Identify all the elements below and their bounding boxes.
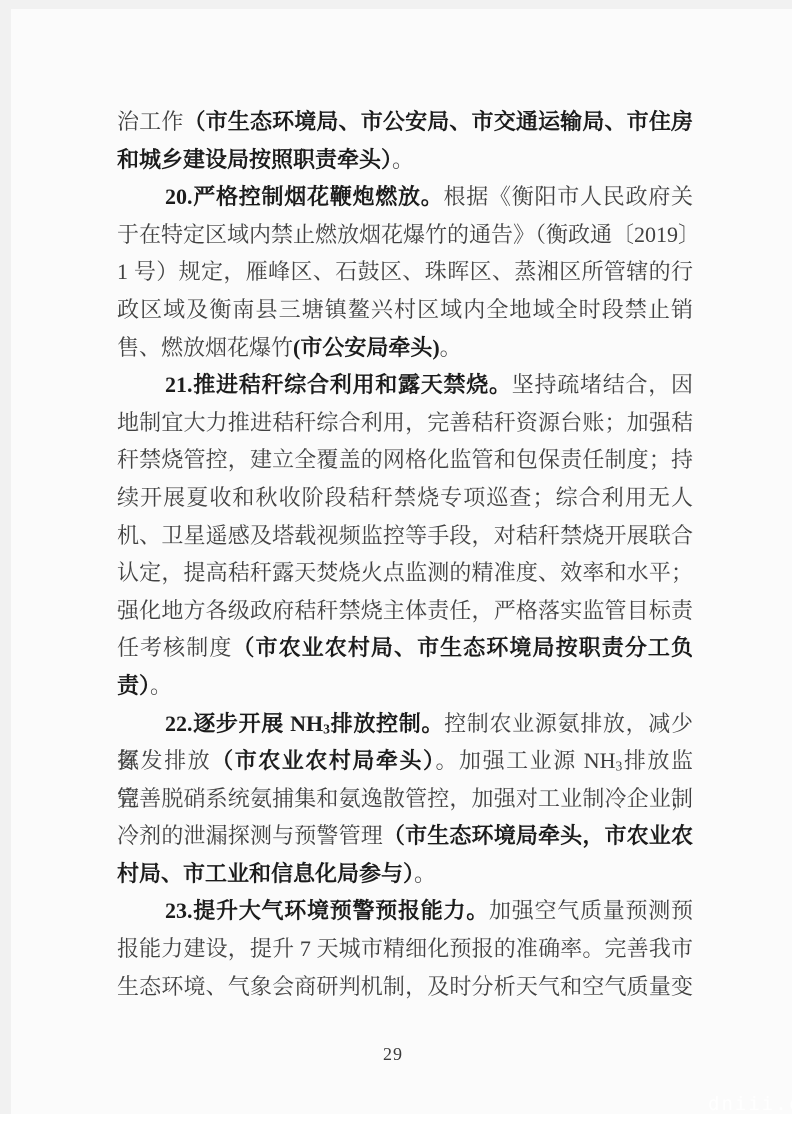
text-line: 机、卫星遥感及塔载视频监控等手段，对秸秆禁烧开展联合 <box>117 517 693 555</box>
text-line: 1 号）规定，雁峰区、石鼓区、珠晖区、蒸湘区所管辖的行 <box>117 253 693 291</box>
text-line: 于在特定区域内禁止燃放烟花爆竹的通告》（衡政通〔2019〕 <box>117 216 693 254</box>
text-segment: （市生态环境局、市公安局、市交通运输局、市住房 <box>183 109 693 134</box>
text-segment: 地制宜大力推进秸秆综合利用，完善秸秆资源台账；加强秸 <box>117 410 693 435</box>
text-line: 责）。 <box>117 667 693 705</box>
text-line: 21.推进秸秆综合利用和露天禁烧。坚持疏堵结合，因 <box>117 366 693 404</box>
text-segment: 售、燃放烟花爆竹 <box>117 335 293 360</box>
text-segment: 和城乡建设局按照职责牵头） <box>117 147 392 172</box>
text-segment: 责） <box>117 673 150 698</box>
text-segment: 坚持疏堵结合，因 <box>512 372 693 397</box>
document-body: 治工作（市生态环境局、市公安局、市交通运输局、市住房和城乡建设局按照职责牵头）。… <box>117 103 693 1005</box>
text-segment: 挥发排放 <box>117 748 211 773</box>
text-segment: 。 <box>150 673 172 698</box>
text-line: 和城乡建设局按照职责牵头）。 <box>117 141 693 179</box>
text-segment: （市农业农村局、市生态环境局按职责分工负 <box>232 635 693 660</box>
text-segment: 。加强工业源 NH <box>436 748 616 773</box>
text-segment: 任考核制度 <box>117 635 232 660</box>
text-segment: 排放控制。 <box>330 711 444 736</box>
scan-edge-left <box>0 0 11 1114</box>
watermark: dniii.co <box>708 1093 792 1115</box>
text-line: 生态环境、气象会商研判机制，及时分析天气和空气质量变 <box>117 968 693 1006</box>
text-line: 续开展夏收和秋收阶段秸秆禁烧专项巡查；综合利用无人 <box>117 479 693 517</box>
scan-edge-bottom <box>0 1114 792 1121</box>
text-segment: 于在特定区域内禁止燃放烟花爆竹的通告》（衡政通〔2019〕 <box>117 222 700 247</box>
text-segment: 21.推进秸秆综合利用和露天禁烧。 <box>165 372 512 397</box>
text-line: 治工作（市生态环境局、市公安局、市交通运输局、市住房 <box>117 103 693 141</box>
text-line: 23.提升大气环境预警预报能力。加强空气质量预测预 <box>117 892 693 930</box>
text-segment: 完善脱硝系统氨捕集和氨逸散管控，加强对工业制冷企业制 <box>117 786 693 811</box>
text-segment: 22.逐步开展 NH <box>165 711 323 736</box>
text-segment: 根据《衡阳市人民政府关 <box>443 184 693 209</box>
page-number: 29 <box>0 1044 786 1065</box>
text-segment: 。 <box>392 147 414 172</box>
text-segment: 生态环境、气象会商研判机制，及时分析天气和空气质量变 <box>117 974 693 999</box>
text-segment: 秆禁烧管控，建立全覆盖的网格化监管和包保责任制度；持 <box>117 447 693 472</box>
text-segment: （市生态环境局牵头，市农业农 <box>383 823 693 848</box>
text-segment: 冷剂的泄漏探测与预警管理 <box>117 823 383 848</box>
text-segment: 。 <box>440 335 462 360</box>
text-segment: 村局、市工业和信息化局参与） <box>117 861 414 886</box>
text-segment: 报能力建设，提升 7 天城市精细化预报的准确率。完善我市 <box>117 936 693 961</box>
text-segment: （市农业农村局牵头） <box>211 748 435 773</box>
text-line: 秆禁烧管控，建立全覆盖的网格化监管和包保责任制度；持 <box>117 441 693 479</box>
text-segment: 治工作 <box>117 109 183 134</box>
text-segment: 加强空气质量预测预 <box>489 898 693 923</box>
text-segment: (市公安局牵头) <box>293 335 440 360</box>
text-segment: 20.严格控制烟花鞭炮燃放。 <box>165 184 443 209</box>
text-line: 村局、市工业和信息化局参与）。 <box>117 855 693 893</box>
text-line: 售、燃放烟花爆竹(市公安局牵头)。 <box>117 329 693 367</box>
text-segment: 。 <box>414 861 436 886</box>
text-line: 政区域及衡南县三塘镇鳌兴村区域内全地域全时段禁止销 <box>117 291 693 329</box>
text-line: 任考核制度（市农业农村局、市生态环境局按职责分工负 <box>117 629 693 667</box>
text-segment: 强化地方各级政府秸秆禁烧主体责任，严格落实监管目标责 <box>117 598 693 623</box>
text-segment: 政区域及衡南县三塘镇鳌兴村区域内全地域全时段禁止销 <box>117 297 693 322</box>
text-segment: 续开展夏收和秋收阶段秸秆禁烧专项巡查；综合利用无人 <box>117 485 693 510</box>
text-line: 强化地方各级政府秸秆禁烧主体责任，严格落实监管目标责 <box>117 592 693 630</box>
text-line: 认定，提高秸秆露天焚烧火点监测的精准度、效率和水平； <box>117 554 693 592</box>
text-line: 地制宜大力推进秸秆综合利用，完善秸秆资源台账；加强秸 <box>117 404 693 442</box>
text-segment: 认定，提高秸秆露天焚烧火点监测的精准度、效率和水平； <box>117 560 693 585</box>
text-segment: 23.提升大气环境预警预报能力。 <box>165 898 489 923</box>
text-line: 挥发排放（市农业农村局牵头）。加强工业源 NH3排放监管， <box>117 742 693 780</box>
text-segment: 机、卫星遥感及塔载视频监控等手段，对秸秆禁烧开展联合 <box>117 523 693 548</box>
text-line: 冷剂的泄漏探测与预警管理（市生态环境局牵头，市农业农 <box>117 817 693 855</box>
text-line: 20.严格控制烟花鞭炮燃放。根据《衡阳市人民政府关 <box>117 178 693 216</box>
subscript-segment: 3 <box>323 721 330 736</box>
scan-edge-top <box>0 0 792 9</box>
text-line: 22.逐步开展 NH3排放控制。控制农业源氨排放，减少氨 <box>117 705 693 743</box>
text-line: 报能力建设，提升 7 天城市精细化预报的准确率。完善我市 <box>117 930 693 968</box>
text-segment: 1 号）规定，雁峰区、石鼓区、珠晖区、蒸湘区所管辖的行 <box>117 259 693 284</box>
text-line: 完善脱硝系统氨捕集和氨逸散管控，加强对工业制冷企业制 <box>117 780 693 818</box>
